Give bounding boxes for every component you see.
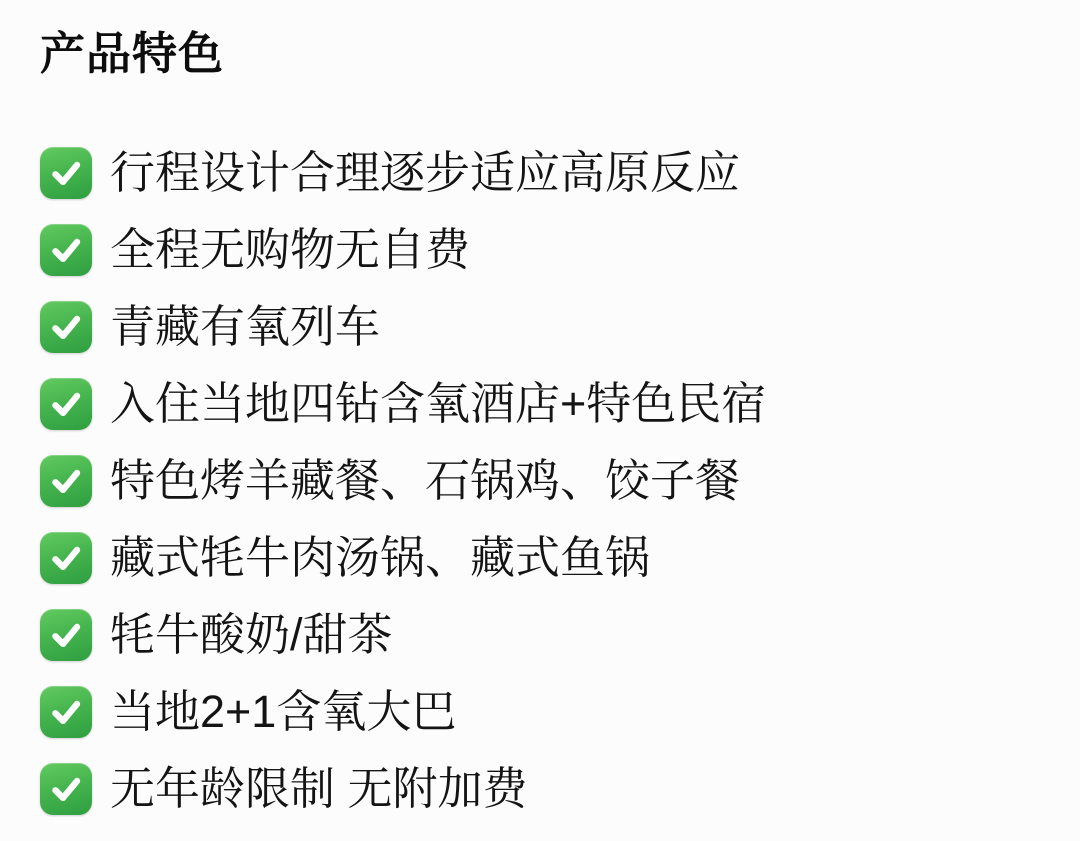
feature-label: 特色烤羊藏餐、石锅鸡、饺子餐 [110,458,740,503]
check-mark-icon [40,763,92,815]
feature-list-item: 当地2+1含氧大巴 [40,673,1040,750]
check-mark-icon [40,224,92,276]
feature-label: 入住当地四钻含氧酒店+特色民宿 [110,381,766,426]
check-mark-icon [40,301,92,353]
page-title: 产品特色 [40,26,1040,82]
check-mark-icon [40,378,92,430]
feature-list-item: 牦牛酸奶/甜茶 [40,596,1040,673]
feature-list-item: 藏式牦牛肉汤锅、藏式鱼锅 [40,519,1040,596]
check-mark-icon [40,609,92,661]
feature-label: 无年龄限制 无附加费 [110,766,528,811]
feature-label: 全程无购物无自费 [110,227,470,272]
check-mark-icon [40,147,92,199]
feature-list-item: 入住当地四钻含氧酒店+特色民宿 [40,365,1040,442]
feature-list-item: 青藏有氧列车 [40,288,1040,365]
feature-list-item: 行程设计合理逐步适应高原反应 [40,134,1040,211]
feature-label: 牦牛酸奶/甜茶 [110,612,393,657]
feature-label: 藏式牦牛肉汤锅、藏式鱼锅 [110,535,650,580]
feature-list: 行程设计合理逐步适应高原反应 全程无购物无自费 青藏有氧列车 入住当地四钻含氧酒… [40,134,1040,827]
check-mark-icon [40,686,92,738]
feature-label: 行程设计合理逐步适应高原反应 [110,150,740,195]
feature-label: 当地2+1含氧大巴 [110,689,456,734]
check-mark-icon [40,532,92,584]
check-mark-icon [40,455,92,507]
product-features-panel: 产品特色 行程设计合理逐步适应高原反应 全程无购物无自费 青藏有氧列车 [0,0,1080,841]
feature-list-item: 无年龄限制 无附加费 [40,750,1040,827]
feature-list-item: 全程无购物无自费 [40,211,1040,288]
feature-label: 青藏有氧列车 [110,304,380,349]
feature-list-item: 特色烤羊藏餐、石锅鸡、饺子餐 [40,442,1040,519]
